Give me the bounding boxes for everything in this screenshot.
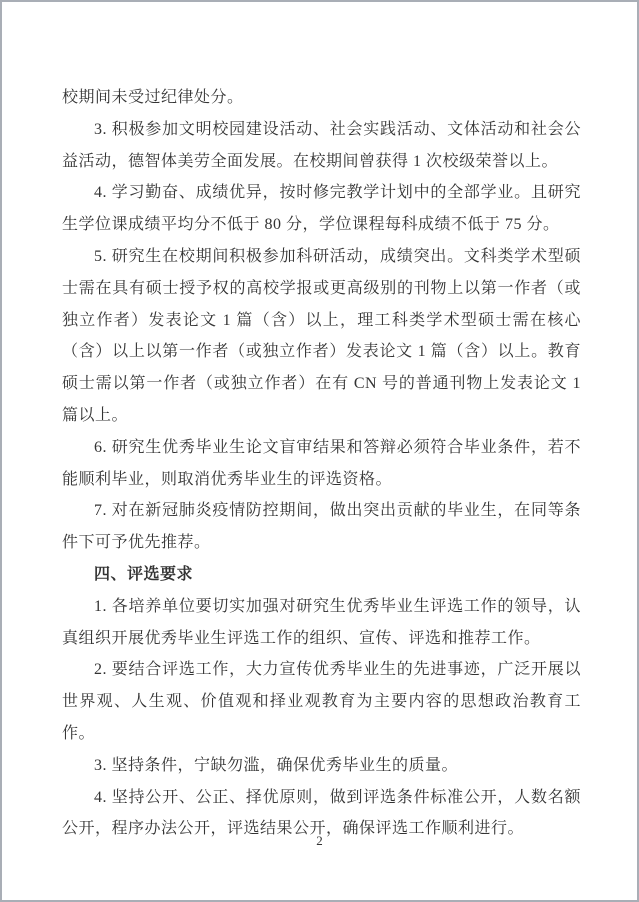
document-page: 校期间未受过纪律处分。3. 积极参加文明校园建设活动、社会实践活动、文体活动和社… — [0, 0, 639, 902]
paragraph: 校期间未受过纪律处分。 — [62, 82, 581, 114]
paragraph: 4. 学习勤奋、成绩优异，按时修完教学计划中的全部学业。且研究生学位课成绩平均分… — [62, 177, 581, 241]
document-body: 校期间未受过纪律处分。3. 积极参加文明校园建设活动、社会实践活动、文体活动和社… — [62, 82, 581, 845]
paragraph: 3. 坚持条件，宁缺勿滥，确保优秀毕业生的质量。 — [62, 750, 581, 782]
paragraph: 2. 要结合评选工作，大力宣传优秀毕业生的先进事迹，广泛开展以世界观、人生观、价… — [62, 654, 581, 749]
paragraph: 5. 研究生在校期间积极参加科研活动，成绩突出。文科类学术型硕士需在具有硕士授予… — [62, 241, 581, 432]
paragraph: 6. 研究生优秀毕业生论文盲审结果和答辩必须符合毕业条件，若不能顺利毕业，则取消… — [62, 432, 581, 496]
paragraph: 7. 对在新冠肺炎疫情防控期间，做出突出贡献的毕业生，在同等条件下可予优先推荐。 — [62, 495, 581, 559]
section-heading: 四、评选要求 — [62, 559, 581, 591]
paragraph: 1. 各培养单位要切实加强对研究生优秀毕业生评选工作的领导，认真组织开展优秀毕业… — [62, 591, 581, 655]
paragraph: 3. 积极参加文明校园建设活动、社会实践活动、文体活动和社会公益活动，德智体美劳… — [62, 114, 581, 178]
page-number: 2 — [2, 834, 637, 848]
